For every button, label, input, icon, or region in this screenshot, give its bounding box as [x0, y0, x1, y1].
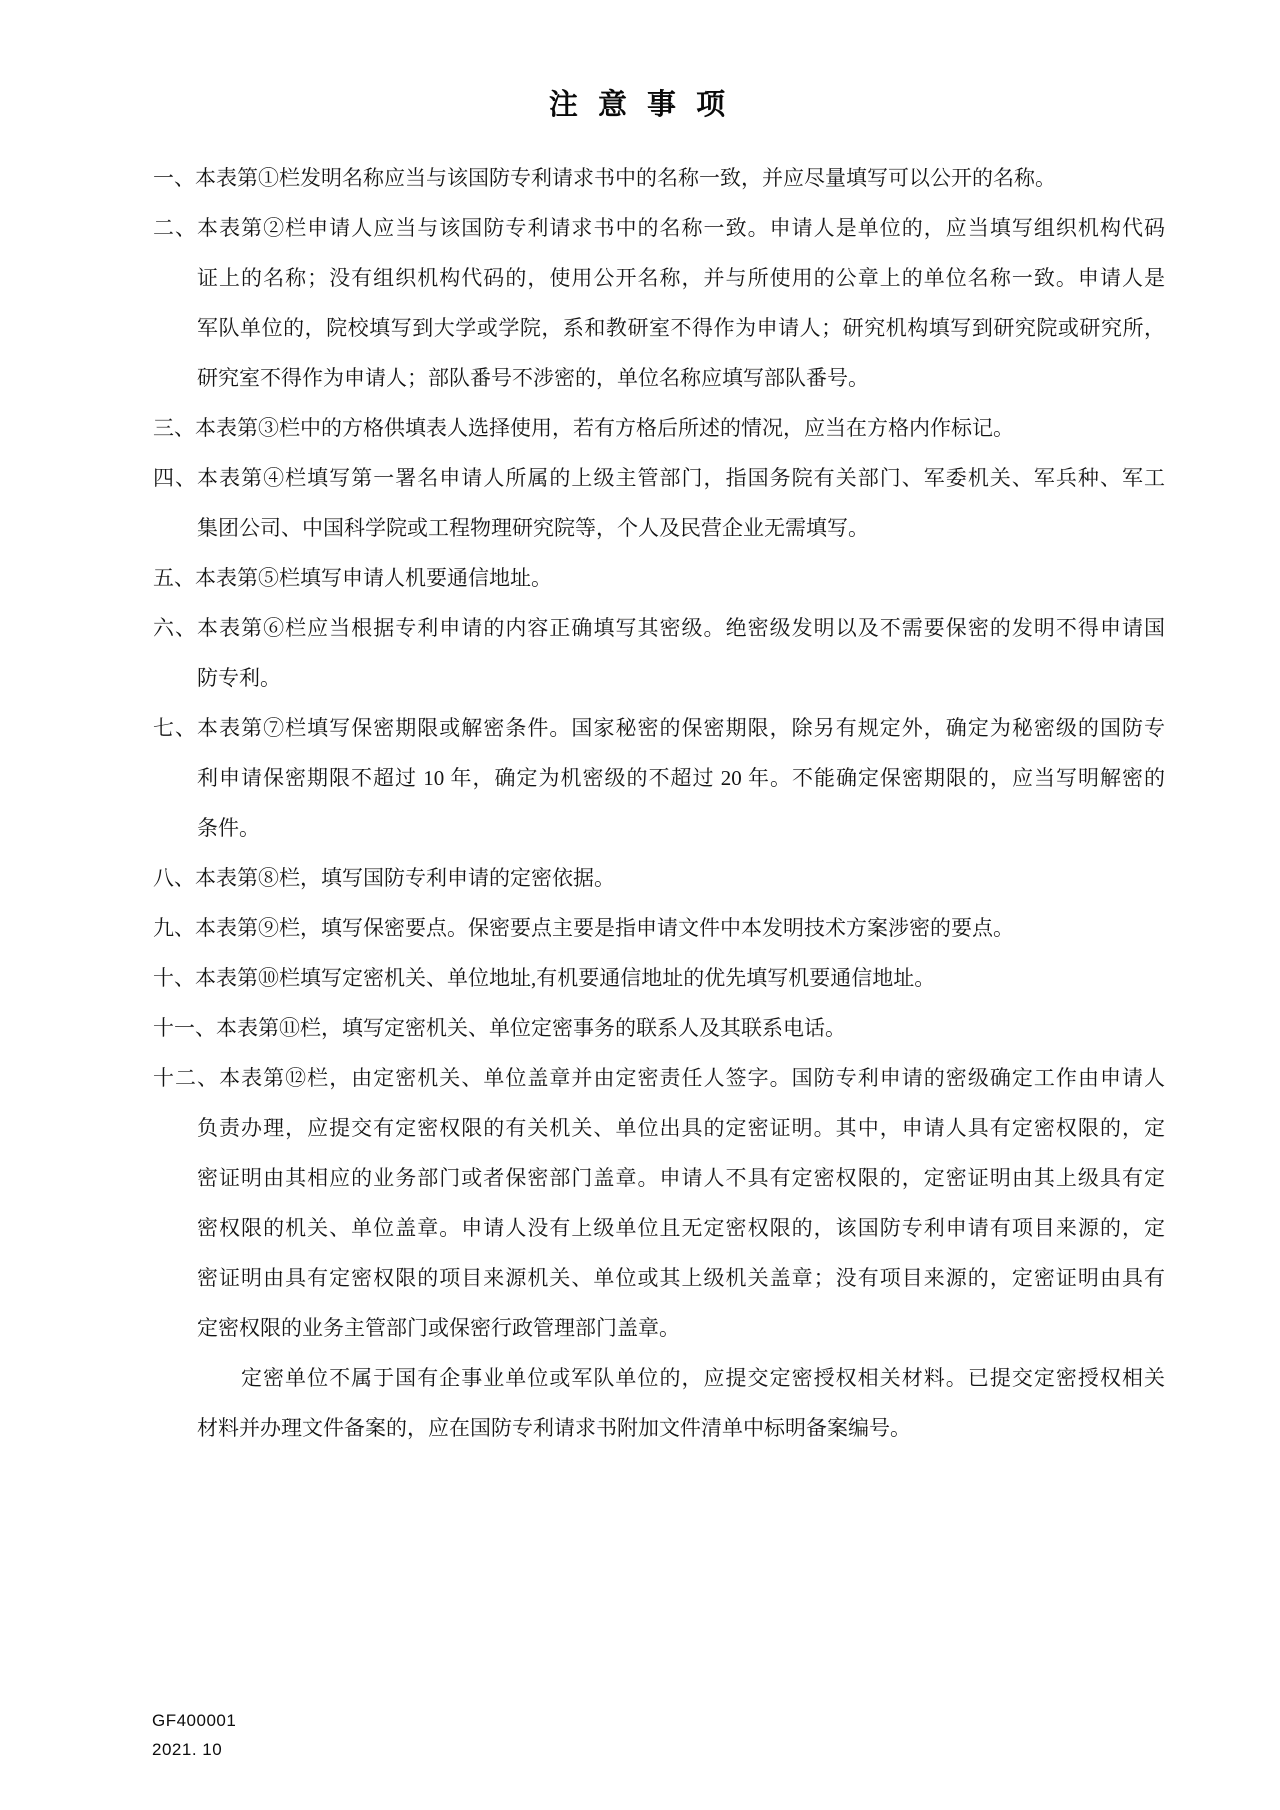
note-line: 密证明由其相应的业务部门或者保密部门盖章。申请人不具有定密权限的，定密证明由其上… — [197, 1153, 1165, 1203]
note-item-4: 四、本表第④栏填写第一署名申请人所属的上级主管部门，指国务院有关部门、军委机关、… — [153, 453, 1165, 553]
note-line: 九、本表第⑨栏，填写保密要点。保密要点主要是指申请文件中本发明技术方案涉密的要点… — [153, 903, 1165, 953]
note-line: 一、本表第①栏发明名称应当与该国防专利请求书中的名称一致，并应尽量填写可以公开的… — [153, 153, 1165, 203]
note-number-label: 十一、 — [153, 1016, 216, 1040]
closing-paragraph: 定密单位不属于国有企事业单位或军队单位的，应提交定密授权相关材料。已提交定密授权… — [153, 1353, 1165, 1453]
note-line: 密证明由具有定密权限的项目来源机关、单位或其上级机关盖章；没有项目来源的，定密证… — [197, 1253, 1165, 1303]
note-item-3: 三、本表第③栏中的方格供填表人选择使用，若有方格后所述的情况，应当在方格内作标记… — [153, 403, 1165, 453]
form-code: GF400001 — [152, 1706, 236, 1735]
note-line: 三、本表第③栏中的方格供填表人选择使用，若有方格后所述的情况，应当在方格内作标记… — [153, 403, 1165, 453]
note-number-label: 一、 — [153, 166, 195, 190]
notes-list: 一、本表第①栏发明名称应当与该国防专利请求书中的名称一致，并应尽量填写可以公开的… — [153, 153, 1165, 1453]
note-line: 七、本表第⑦栏填写保密期限或解密条件。国家秘密的保密期限，除另有规定外，确定为秘… — [153, 703, 1165, 753]
page-title: 注 意 事 项 — [0, 82, 1280, 123]
note-line: 集团公司、中国科学院或工程物理研究院等，个人及民营企业无需填写。 — [197, 503, 1165, 553]
note-line: 条件。 — [197, 803, 1165, 853]
closing-line: 定密单位不属于国有企事业单位或军队单位的，应提交定密授权相关材料。已提交定密授权… — [197, 1353, 1165, 1403]
note-number-label: 九、 — [153, 916, 195, 940]
note-line: 十、本表第⑩栏填写定密机关、单位地址,有机要通信地址的优先填写机要通信地址。 — [153, 953, 1165, 1003]
note-line: 八、本表第⑧栏，填写国防专利申请的定密依据。 — [153, 853, 1165, 903]
note-item-1: 一、本表第①栏发明名称应当与该国防专利请求书中的名称一致，并应尽量填写可以公开的… — [153, 153, 1165, 203]
note-item-6: 六、本表第⑥栏应当根据专利申请的内容正确填写其密级。绝密级发明以及不需要保密的发… — [153, 603, 1165, 703]
note-number-label: 十、 — [153, 966, 195, 990]
note-number-label: 十二、 — [153, 1066, 219, 1090]
note-number-label: 八、 — [153, 866, 195, 890]
note-line: 负责办理，应提交有定密权限的有关机关、单位出具的定密证明。其中，申请人具有定密权… — [197, 1103, 1165, 1153]
document-footer: GF400001 2021. 10 — [152, 1706, 236, 1764]
note-number-label: 六、 — [153, 616, 197, 640]
note-number-label: 五、 — [153, 566, 195, 590]
note-line: 密权限的机关、单位盖章。申请人没有上级单位且无定密权限的，该国防专利申请有项目来… — [197, 1203, 1165, 1253]
note-item-8: 八、本表第⑧栏，填写国防专利申请的定密依据。 — [153, 853, 1165, 903]
note-item-2: 二、本表第②栏申请人应当与该国防专利请求书中的名称一致。申请人是单位的，应当填写… — [153, 203, 1165, 403]
note-line: 六、本表第⑥栏应当根据专利申请的内容正确填写其密级。绝密级发明以及不需要保密的发… — [153, 603, 1165, 653]
document-page: 注 意 事 项 一、本表第①栏发明名称应当与该国防专利请求书中的名称一致，并应尽… — [0, 0, 1280, 1810]
note-line: 研究室不得作为申请人；部队番号不涉密的，单位名称应填写部队番号。 — [197, 353, 1165, 403]
note-line: 五、本表第⑤栏填写申请人机要通信地址。 — [153, 553, 1165, 603]
form-date: 2021. 10 — [152, 1735, 236, 1764]
note-item-10: 十、本表第⑩栏填写定密机关、单位地址,有机要通信地址的优先填写机要通信地址。 — [153, 953, 1165, 1003]
note-item-11: 十一、本表第⑪栏，填写定密机关、单位定密事务的联系人及其联系电话。 — [153, 1003, 1165, 1053]
note-line: 定密权限的业务主管部门或保密行政管理部门盖章。 — [197, 1303, 1165, 1353]
note-number-label: 二、 — [153, 216, 197, 240]
note-number-label: 三、 — [153, 416, 195, 440]
note-line: 二、本表第②栏申请人应当与该国防专利请求书中的名称一致。申请人是单位的，应当填写… — [153, 203, 1165, 253]
note-line: 四、本表第④栏填写第一署名申请人所属的上级主管部门，指国务院有关部门、军委机关、… — [153, 453, 1165, 503]
note-line: 证上的名称；没有组织机构代码的，使用公开名称，并与所使用的公章上的单位名称一致。… — [197, 253, 1165, 303]
note-line: 防专利。 — [197, 653, 1165, 703]
note-line: 十二、本表第⑫栏，由定密机关、单位盖章并由定密责任人签字。国防专利申请的密级确定… — [153, 1053, 1165, 1103]
note-line: 军队单位的，院校填写到大学或学院，系和教研室不得作为申请人；研究机构填写到研究院… — [197, 303, 1165, 353]
note-line: 利申请保密期限不超过 10 年，确定为机密级的不超过 20 年。不能确定保密期限… — [197, 753, 1165, 803]
note-item-9: 九、本表第⑨栏，填写保密要点。保密要点主要是指申请文件中本发明技术方案涉密的要点… — [153, 903, 1165, 953]
note-item-7: 七、本表第⑦栏填写保密期限或解密条件。国家秘密的保密期限，除另有规定外，确定为秘… — [153, 703, 1165, 853]
note-line: 十一、本表第⑪栏，填写定密机关、单位定密事务的联系人及其联系电话。 — [153, 1003, 1165, 1053]
note-number-label: 七、 — [153, 716, 197, 740]
note-item-5: 五、本表第⑤栏填写申请人机要通信地址。 — [153, 553, 1165, 603]
closing-line: 材料并办理文件备案的，应在国防专利请求书附加文件清单中标明备案编号。 — [197, 1403, 1165, 1453]
note-item-12: 十二、本表第⑫栏，由定密机关、单位盖章并由定密责任人签字。国防专利申请的密级确定… — [153, 1053, 1165, 1353]
note-number-label: 四、 — [153, 466, 197, 490]
